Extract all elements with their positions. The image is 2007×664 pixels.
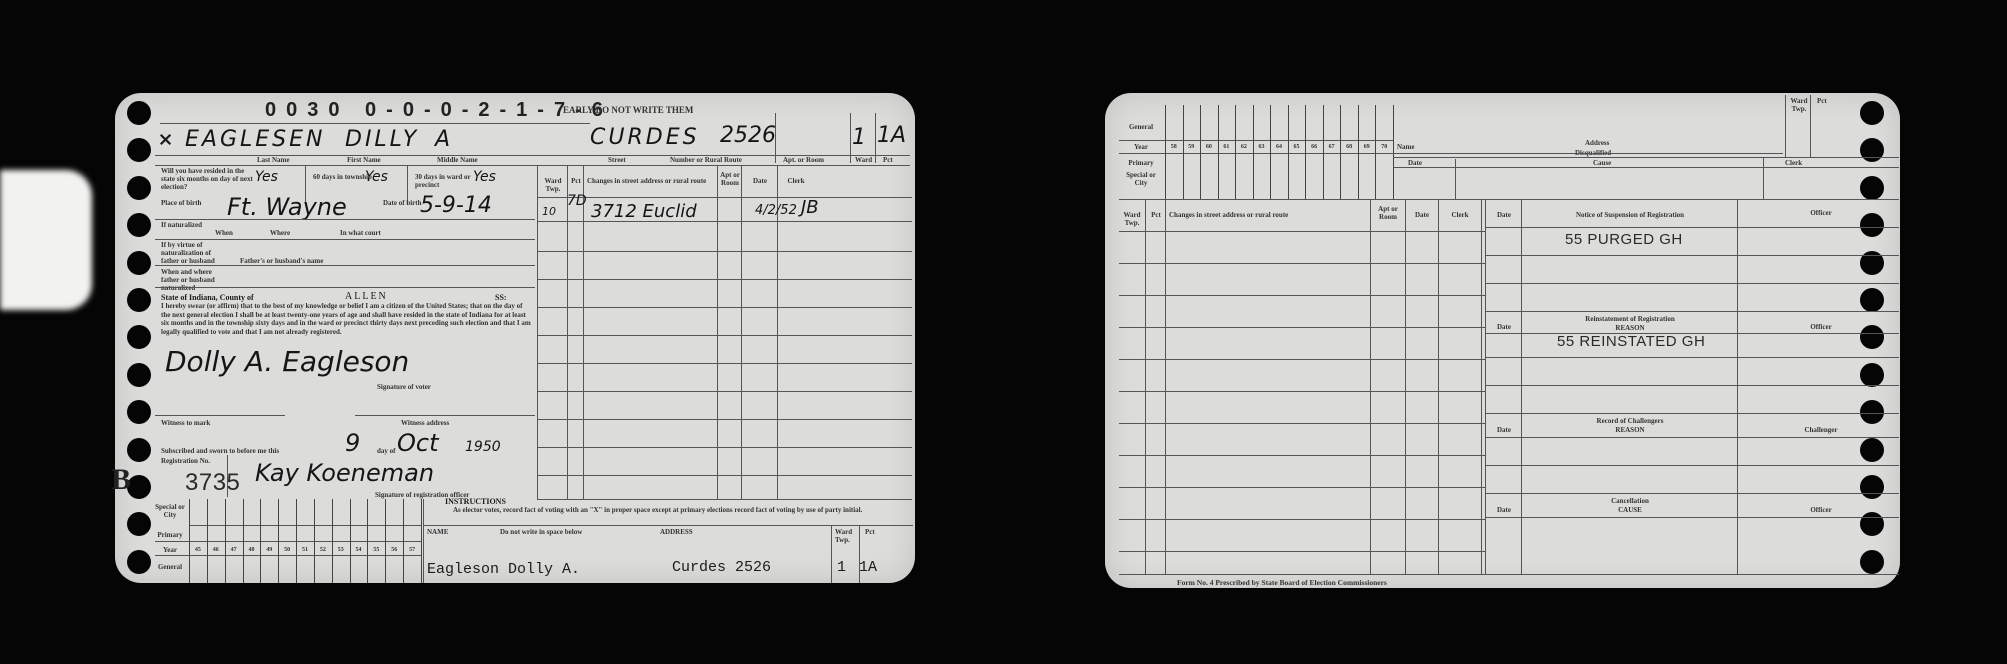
year-column-divider	[1183, 105, 1184, 199]
voter-signature: Dolly A. Eagleson	[165, 345, 409, 378]
punch-hole-icon	[1860, 512, 1884, 536]
instructions-text: As elector votes, record fact of voting …	[453, 506, 893, 514]
year-cell: 52	[314, 547, 332, 553]
year-column-divider	[260, 499, 261, 583]
strip-name-label: NAME	[427, 528, 448, 536]
year-cell: 51	[296, 547, 314, 553]
street-value: CURDES	[590, 125, 700, 150]
year-column-divider	[225, 499, 226, 583]
punch-hole-icon	[127, 325, 151, 349]
back-vote-row-general: General	[1119, 123, 1163, 131]
vote-row-general: General	[153, 563, 187, 571]
oath-text: I hereby swear (or affirm) that to the b…	[161, 302, 533, 336]
year-cell: 53	[332, 547, 350, 553]
back-cause-label: Cause	[1593, 159, 1611, 167]
last-name-label: Last Name	[257, 156, 289, 164]
when-where-father-label: When and where father or husband natural…	[161, 268, 231, 292]
suspension-date-label: Date	[1489, 211, 1519, 219]
registration-card-front: 0030 0-0-0-2-1-7-6 EARLY DO NOT WRITE TH…	[115, 93, 915, 583]
year-column-divider	[243, 499, 244, 583]
punch-hole-icon	[1860, 438, 1884, 462]
year-column-divider	[385, 499, 386, 583]
suspension-stamp: 55 PURGED GH	[1565, 231, 1683, 248]
form-footer: Form No. 4 Prescribed by State Board of …	[1177, 579, 1387, 587]
back-changes-header-clerk: Clerk	[1441, 211, 1479, 219]
year-cell: 58	[1165, 144, 1183, 150]
resided-state-answer: Yes	[255, 169, 278, 185]
changes-header-ward: Ward Twp.	[539, 177, 567, 193]
changes-header-address: Changes in street address or rural route	[587, 177, 717, 185]
changes-row-clerk: JB	[801, 197, 819, 218]
year-cell: 48	[243, 547, 261, 553]
officer-signature: Kay Koeneman	[255, 459, 434, 487]
back-clerk-label: Clerk	[1785, 159, 1802, 167]
punch-hole-icon	[127, 251, 151, 275]
series-letter: B	[111, 463, 131, 497]
changes-row-date: 4/2/52	[755, 203, 797, 218]
year-cell: 46	[207, 547, 225, 553]
punch-hole-icon	[127, 288, 151, 312]
oath-title: State of Indiana, County of	[161, 293, 254, 302]
year-cell: 65	[1288, 144, 1306, 150]
year-column-divider	[296, 499, 297, 583]
year-column-divider	[350, 499, 351, 583]
changes-row-ward: 10	[542, 205, 556, 218]
strip-address-label: ADDRESS	[660, 528, 693, 536]
year-column-divider	[189, 499, 190, 583]
punch-hole-icon	[1860, 288, 1884, 312]
reinstatement-title: Reinstatement of Registration	[1525, 315, 1735, 323]
challengers-date-label: Date	[1489, 426, 1519, 434]
witness-address-label: Witness address	[401, 419, 449, 427]
front-vote-year-grid: 45464748495051525354555657	[189, 499, 421, 583]
punch-hole-icon	[1860, 363, 1884, 387]
year-cell: 49	[260, 547, 278, 553]
year-cell: 70	[1375, 144, 1393, 150]
year-column-divider	[421, 499, 422, 583]
back-date-label: Date	[1408, 159, 1422, 167]
house-number-label: Number or Rural Route	[670, 156, 742, 164]
year-cell: 68	[1340, 144, 1358, 150]
court-label: In what court	[340, 229, 381, 237]
punch-hole-icon	[1860, 550, 1884, 574]
punch-hole-icon	[127, 438, 151, 462]
registration-no-label: Registration No.	[161, 457, 210, 465]
middle-name-value: A	[435, 127, 450, 152]
days-township-label: 60 days in township	[313, 173, 373, 181]
punch-hole-icon	[127, 138, 151, 162]
back-pct-label: Pct	[1817, 97, 1827, 105]
resided-state-label: Will you have resided in the state six m…	[161, 167, 256, 191]
street-label: Street	[608, 156, 626, 164]
registration-number: 3735	[185, 469, 240, 497]
suspension-title: Notice of Suspension of Registration	[1525, 211, 1735, 219]
subscribed-label: Subscribed and sworn to before me this	[161, 447, 279, 455]
year-column-divider	[1235, 105, 1236, 199]
strip-typed-ward: 1	[837, 559, 846, 576]
days-ward-answer: Yes	[473, 169, 496, 185]
witness-to-mark-label: Witness to mark	[161, 419, 210, 427]
year-cell: 63	[1253, 144, 1271, 150]
back-vote-year-grid: 58596061626364656667686970	[1165, 105, 1393, 199]
year-column-divider	[332, 499, 333, 583]
cancellation-title: Cancellation	[1525, 497, 1735, 505]
year-cell: 56	[385, 547, 403, 553]
cancellation-date-label: Date	[1489, 506, 1519, 514]
year-cell: 50	[278, 547, 296, 553]
year-column-divider	[403, 499, 404, 583]
cancellation-cause-label: CAUSE	[1525, 506, 1735, 514]
changes-row-address: 3712 Euclid	[591, 201, 697, 222]
registration-card-back: General Year Primary Special or City 585…	[1105, 93, 1900, 588]
cancellation-officer-label: Officer	[1741, 506, 1901, 514]
strip-do-not-write-label: Do not write in space below	[500, 528, 582, 536]
punch-holes-left	[127, 101, 153, 574]
back-changes-header-address: Changes in street address or rural route	[1169, 211, 1369, 219]
strip-typed-address: Curdes 2526	[672, 559, 771, 576]
strip-typed-pct: 1A	[859, 559, 877, 576]
punch-hole-icon	[1860, 138, 1884, 162]
reinstatement-officer-label: Officer	[1741, 323, 1901, 331]
year-cell: 64	[1270, 144, 1288, 150]
strip-typed-name: Eagleson Dolly A.	[427, 561, 580, 578]
reinstatement-date-label: Date	[1489, 323, 1519, 331]
year-cell: 55	[367, 547, 385, 553]
sworn-month: Oct	[397, 429, 439, 457]
back-vote-row-year: Year	[1119, 143, 1163, 151]
sworn-day: 9	[345, 429, 360, 457]
changes-header-date: Date	[745, 177, 775, 185]
year-column-divider	[278, 499, 279, 583]
reinstatement-stamp: 55 REINSTATED GH	[1557, 333, 1705, 350]
back-changes-header-date: Date	[1407, 211, 1437, 219]
house-number-value: 2526	[720, 123, 776, 148]
changes-header-clerk: Clerk	[781, 177, 811, 185]
ward-value: 1	[852, 125, 866, 150]
naturalized-label: If naturalized	[161, 221, 211, 229]
instructions-title: INSTRUCTIONS	[445, 497, 506, 506]
year-column-divider	[1375, 105, 1376, 199]
when-label: When	[215, 229, 233, 237]
serial-number: 0030 0-0-0-2-1-7-6	[265, 99, 613, 122]
back-changes-header-pct: Pct	[1147, 211, 1165, 219]
signature-voter-label: Signature of voter	[377, 383, 431, 391]
changes-row-pct: 7D	[567, 193, 587, 209]
place-of-birth-label: Place of birth	[161, 199, 211, 207]
punch-hole-icon	[127, 363, 151, 387]
year-column-divider	[314, 499, 315, 583]
year-cell: 45	[189, 547, 207, 553]
year-column-divider	[1340, 105, 1341, 199]
mrs-check-mark-icon: ⨯	[158, 129, 173, 150]
middle-name-label: Middle Name	[437, 156, 478, 164]
vote-row-special: Special or City	[153, 503, 187, 519]
reinstatement-reason-label: REASON	[1525, 324, 1735, 332]
date-of-birth-answer: 5-9-14	[420, 193, 492, 218]
challengers-challenger-label: Challenger	[1741, 426, 1901, 434]
year-cell: 60	[1200, 144, 1218, 150]
year-cell: 61	[1218, 144, 1236, 150]
vote-row-year: Year	[153, 546, 187, 554]
last-name-value: EAGLESEN	[185, 127, 325, 152]
year-column-divider	[1270, 105, 1271, 199]
ward-label: Ward	[855, 156, 872, 164]
punch-hole-icon	[127, 213, 151, 237]
header-notice: EARLY DO NOT WRITE THEM	[563, 105, 693, 115]
father-name-label: Father's or husband's name	[240, 257, 323, 265]
year-cell: 54	[350, 547, 368, 553]
year-column-divider	[1305, 105, 1306, 199]
back-changes-header-apt: Apt or Room	[1372, 205, 1404, 221]
year-column-divider	[1358, 105, 1359, 199]
sworn-year: 1950	[465, 439, 501, 455]
strip-ward-label: Ward Twp.	[835, 528, 855, 544]
challengers-title: Record of Challengers	[1525, 417, 1735, 425]
punch-hole-icon	[127, 512, 151, 536]
back-changes-header-ward: Ward Twp.	[1119, 211, 1145, 227]
year-column-divider	[1200, 105, 1201, 199]
punch-hole-icon	[1860, 475, 1884, 499]
apt-room-label: Apt. or Room	[783, 156, 824, 164]
year-cell: 59	[1183, 144, 1201, 150]
strip-pct-label: Pct	[865, 528, 875, 536]
virtue-label: If by virtue of naturalization of father…	[161, 241, 221, 265]
year-cell: 69	[1358, 144, 1376, 150]
county-value: ALLEN	[345, 291, 388, 302]
year-cell: 67	[1323, 144, 1341, 150]
year-cell: 62	[1235, 144, 1253, 150]
back-address-label: Address	[1585, 139, 1609, 147]
first-name-label: First Name	[347, 156, 381, 164]
punch-hole-icon	[127, 400, 151, 424]
punch-hole-icon	[127, 550, 151, 574]
ss-label: SS:	[495, 293, 507, 302]
vote-row-primary: Primary	[153, 531, 187, 539]
back-ward-label: Ward Twp.	[1788, 97, 1810, 113]
year-column-divider	[1393, 105, 1394, 199]
suspension-officer-label: Officer	[1741, 209, 1901, 217]
year-cell: 66	[1305, 144, 1323, 150]
pct-label: Pct	[883, 156, 893, 164]
day-of-label: day of	[377, 447, 395, 455]
precinct-value: 1A	[877, 123, 906, 148]
punch-holes-right	[1860, 101, 1886, 574]
year-column-divider	[207, 499, 208, 583]
where-label: Where	[270, 229, 290, 237]
year-column-divider	[1323, 105, 1324, 199]
year-column-divider	[1218, 105, 1219, 199]
punch-hole-icon	[127, 176, 151, 200]
punch-hole-icon	[1860, 101, 1884, 125]
back-vote-row-special: Special or City	[1119, 171, 1163, 187]
year-column-divider	[1165, 105, 1166, 199]
year-column-divider	[367, 499, 368, 583]
changes-header-apt: Apt or Room	[719, 171, 741, 187]
scan-glare	[0, 170, 92, 310]
punch-hole-icon	[127, 101, 151, 125]
first-name-value: DILLY	[345, 127, 419, 152]
back-name-label: Name	[1397, 143, 1415, 151]
changes-header-pct: Pct	[569, 177, 583, 185]
year-column-divider	[1288, 105, 1289, 199]
back-vote-row-primary: Primary	[1119, 159, 1163, 167]
year-cell: 57	[403, 547, 421, 553]
year-column-divider	[1253, 105, 1254, 199]
year-cell: 47	[225, 547, 243, 553]
days-township-answer: Yes	[365, 169, 388, 185]
date-of-birth-label: Date of birth	[383, 199, 423, 207]
punch-hole-icon	[1860, 176, 1884, 200]
challengers-reason-label: REASON	[1525, 426, 1735, 434]
place-of-birth-answer: Ft. Wayne	[227, 193, 347, 221]
